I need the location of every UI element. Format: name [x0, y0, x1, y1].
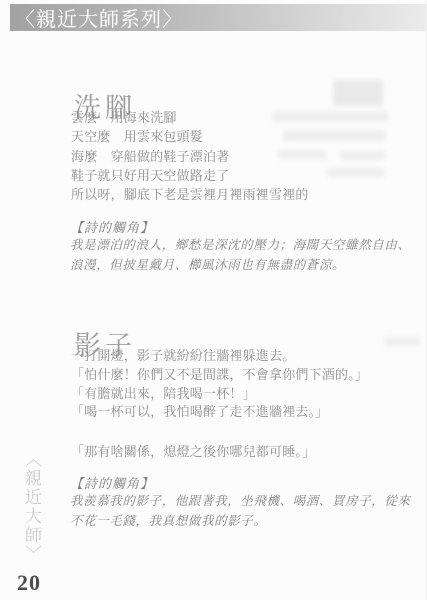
page-bleed-through — [327, 168, 384, 177]
note-heading: 【詩的觸角】 — [70, 217, 154, 236]
poem-line: 一打開燈，影子就紛紛往牆裡躲進去。 — [71, 347, 368, 366]
note-line: 我羨慕我的影子，他跟著我，坐飛機、喝酒、買房子，從來 — [70, 492, 410, 512]
poem-line: 海麼 穿船做的鞋子漂泊著 — [71, 147, 309, 166]
page-number: 20 — [17, 570, 41, 596]
poem-line: 「怕什麼！你們又不是間諜，不會拿你們下酒的。」 — [71, 366, 368, 385]
note-heading: 【詩的觸角】 — [70, 473, 154, 492]
poem-line: 雲麼 用海來洗腳 — [71, 108, 309, 127]
spine-series-label: 〈親近大師〉 — [19, 450, 44, 570]
note-body: 我羨慕我的影子，他跟著我，坐飛機、喝酒、買房子，從來 不花一毛錢，我真想做我的影… — [70, 492, 410, 531]
series-header-bar: 〈親近大師系列〉 — [10, 4, 426, 31]
note-body: 我是漂泊的浪人，鄉愁是深沈的壓力；海闊天空雖然自由、 浪漫，但披星戴月、櫛風沐雨… — [70, 236, 410, 275]
page-bleed-through — [333, 80, 383, 106]
book-page: 〈親近大師系列〉 洗腳 雲麼 用海來洗腳 天空麼 用雲來包頭髮 海麼 穿船做的鞋… — [0, 0, 427, 600]
note-line: 我是漂泊的浪人，鄉愁是深沈的壓力；海闊天空雖然自由、 — [70, 236, 410, 256]
note-line: 浪漫，但披星戴月、櫛風沐雨也有無盡的蒼涼。 — [70, 256, 410, 276]
poem-line: 所以呀，腳底下老是雲裡月裡雨裡雪裡的 — [71, 185, 309, 204]
note-line: 不花一毛錢，我真想做我的影子。 — [70, 512, 410, 532]
poem-line: 鞋子就只好用天空做路走了 — [71, 166, 309, 185]
page-bleed-through — [385, 337, 420, 346]
poem-line: 「喝一杯可以，我怕喝醉了走不進牆裡去。」 — [71, 403, 368, 422]
series-title: 〈親近大師系列〉 — [10, 3, 183, 32]
page-bleed-through — [340, 151, 385, 160]
poem-line: 天空麼 用雲來包頭髮 — [71, 127, 309, 146]
poem-closing-line: 「那有啥關係，熄燈之後你哪兒都可睡。」 — [71, 441, 315, 460]
poem-line: 「有膽就出來，陪我喝一杯！」 — [71, 385, 368, 404]
poem-body-washing-feet: 雲麼 用海來洗腳 天空麼 用雲來包頭髮 海麼 穿船做的鞋子漂泊著 鞋子就只好用天… — [71, 108, 309, 204]
poem-body-shadow: 一打開燈，影子就紛紛往牆裡躲進去。 「怕什麼！你們又不是間諜，不會拿你們下酒的。… — [71, 347, 368, 422]
